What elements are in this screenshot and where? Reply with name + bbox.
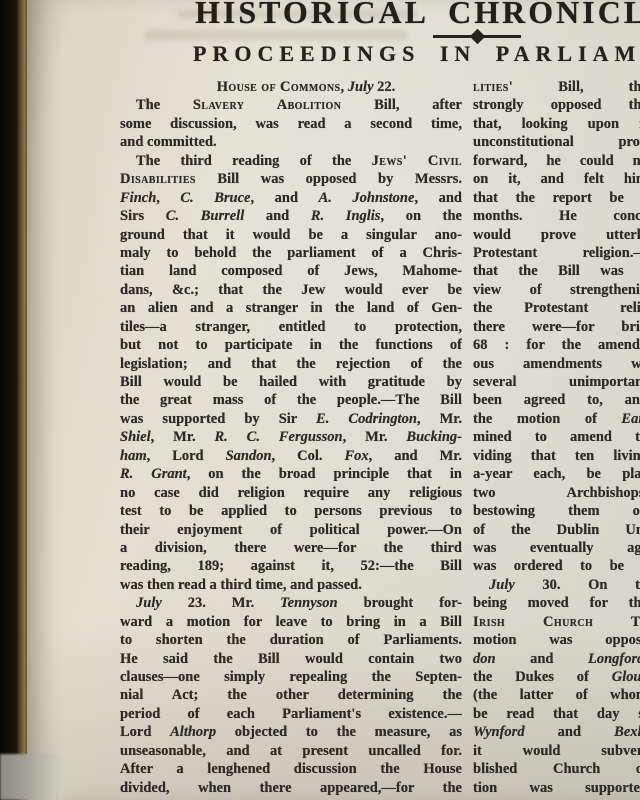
text-line: some discussion, was read a second time,: [120, 115, 462, 133]
text-line: was supported by Sir E. Codrington, Mr.: [120, 410, 462, 428]
text-line: divided, when there appeared,—for the: [120, 779, 462, 797]
text-line: to shorten the duration of Parliaments.: [120, 631, 462, 649]
divider-rule: [433, 35, 471, 38]
text-line: R. Grant, on the broad principle that in: [120, 465, 462, 483]
section-heading: PROCEEDINGS IN PARLIAMENT: [193, 41, 640, 67]
text-line: tian land composed of Jews, Mahome-: [120, 262, 462, 280]
text-line: an alien and a stranger in the land of G…: [120, 299, 462, 317]
text-line: Shiel, Mr. R. C. Fergusson, Mr. Bucking-: [120, 428, 462, 446]
text-line: Wynford and Bexle: [473, 723, 640, 741]
text-line: ous amendments we: [473, 355, 640, 373]
text-line: period of each Parliament's existence.—: [120, 705, 462, 723]
magazine-page: HISTORICAL CHRONICLE PROCEEDINGS IN PARL…: [27, 0, 640, 800]
text-line: lities' Bill, the: [473, 78, 640, 96]
text-line: July 30. On th: [473, 576, 640, 594]
text-line: House of Commons, July 22.: [120, 78, 462, 96]
text-line: two Archbishops,: [473, 484, 640, 502]
text-line: their enjoyment of political power.—On: [120, 521, 462, 539]
text-line: 68 : for the amendn: [473, 336, 640, 354]
text-line: months. He conce: [473, 207, 640, 225]
book-photo: HISTORICAL CHRONICLE PROCEEDINGS IN PARL…: [0, 0, 640, 800]
text-line: on it, and felt him: [473, 170, 640, 188]
text-line: several unimportant: [473, 373, 640, 391]
text-line: bestowing them on: [473, 502, 640, 520]
text-line: a-year each, be plac: [473, 465, 640, 483]
right-text-column: lities' Bill, thestrongly opposed thetha…: [473, 78, 640, 797]
text-line: the great mass of the people.—The Bill: [120, 391, 462, 409]
text-line: of the Dublin Uni: [473, 521, 640, 539]
text-line: tion was supported: [473, 779, 640, 797]
text-line: blished Church of: [473, 760, 640, 778]
text-line: (the latter of whom: [473, 686, 640, 704]
text-line: been agreed to, and: [473, 391, 640, 409]
text-line: view of strengthenin: [473, 281, 640, 299]
text-line: ham, Lord Sandon, Col. Fox, and Mr.: [120, 447, 462, 465]
text-line: a division, there were—for the third: [120, 539, 462, 557]
showthrough-smudge: [145, 30, 407, 40]
text-line: The third reading of the Jews' Civil: [120, 152, 462, 170]
text-line: Disabilities Bill was opposed by Messrs.: [120, 170, 462, 188]
text-line: it would subvert: [473, 742, 640, 760]
text-line: Sirs C. Burrell and R. Inglis, on the: [120, 207, 462, 225]
text-line: clauses—one simply repealing the Septen-: [120, 668, 462, 686]
text-line: strongly opposed the: [473, 96, 640, 114]
text-line: legislation; and that the rejection of t…: [120, 355, 462, 373]
text-line: was then read a third time, and passed.: [120, 576, 462, 594]
text-line: forward, he could no: [473, 152, 640, 170]
text-line: no case did religion require any religio…: [120, 484, 462, 502]
text-line: don and Longford,: [473, 650, 640, 668]
text-line: test to be applied to persons previous t…: [120, 502, 462, 520]
text-line: mined to amend th: [473, 428, 640, 446]
text-line: tiles—a stranger, entitled to protection…: [120, 318, 462, 336]
text-line: be read that day si: [473, 705, 640, 723]
text-line: ground that it would be a singular ano-: [120, 226, 462, 244]
text-line: that the report be r: [473, 189, 640, 207]
text-line: nial Act; the other determining the: [120, 686, 462, 704]
text-line: dans, &c.; that the Jew would ever be: [120, 281, 462, 299]
text-line: the Dukes of Glouc: [473, 668, 640, 686]
text-line: was ordered to be r: [473, 557, 640, 575]
text-line: the Protestant relig: [473, 299, 640, 317]
text-line: and committed.: [120, 133, 462, 151]
divider-rule: [484, 35, 522, 38]
text-line: was eventually agr: [473, 539, 640, 557]
text-line: Irish Church Te: [473, 613, 640, 631]
text-line: After a lenghened discussion the House: [120, 760, 462, 778]
corner-shadow: [0, 754, 64, 800]
left-text-column: House of Commons, July 22.The Slavery Ab…: [120, 78, 462, 797]
text-line: He said the Bill would contain two: [120, 650, 462, 668]
text-line: reading, 189; against it, 52:—the Bill: [120, 557, 462, 575]
text-line: viding that ten living: [473, 447, 640, 465]
text-line: unconstitutional prop: [473, 133, 640, 151]
text-line: ward a motion for leave to bring in a Bi…: [120, 613, 462, 631]
text-line: Protestant religion.—: [473, 244, 640, 262]
text-line: Bill would be hailed with gratitude by: [120, 373, 462, 391]
text-line: the motion of Earl: [473, 410, 640, 428]
page-title: HISTORICAL CHRONICLE: [195, 0, 640, 29]
text-line: Finch, C. Bruce, and A. Johnstone, and: [120, 189, 462, 207]
text-line: unseasonable, and at present uncalled fo…: [120, 742, 462, 760]
text-line: would prove utterly: [473, 226, 640, 244]
text-line: that the Bill was i: [473, 262, 640, 280]
text-line: The Slavery Abolition Bill, after: [120, 96, 462, 114]
text-line: July 23. Mr. Tennyson brought for-: [120, 594, 462, 612]
text-line: but not to participate in the functions …: [120, 336, 462, 354]
text-line: Lord Althorp objected to the measure, as: [120, 723, 462, 741]
text-line: maly to behold the parliament of a Chris…: [120, 244, 462, 262]
text-line: motion was oppose: [473, 631, 640, 649]
text-line: being moved for the: [473, 594, 640, 612]
text-line: there were—for brin: [473, 318, 640, 336]
text-line: that, looking upon it: [473, 115, 640, 133]
